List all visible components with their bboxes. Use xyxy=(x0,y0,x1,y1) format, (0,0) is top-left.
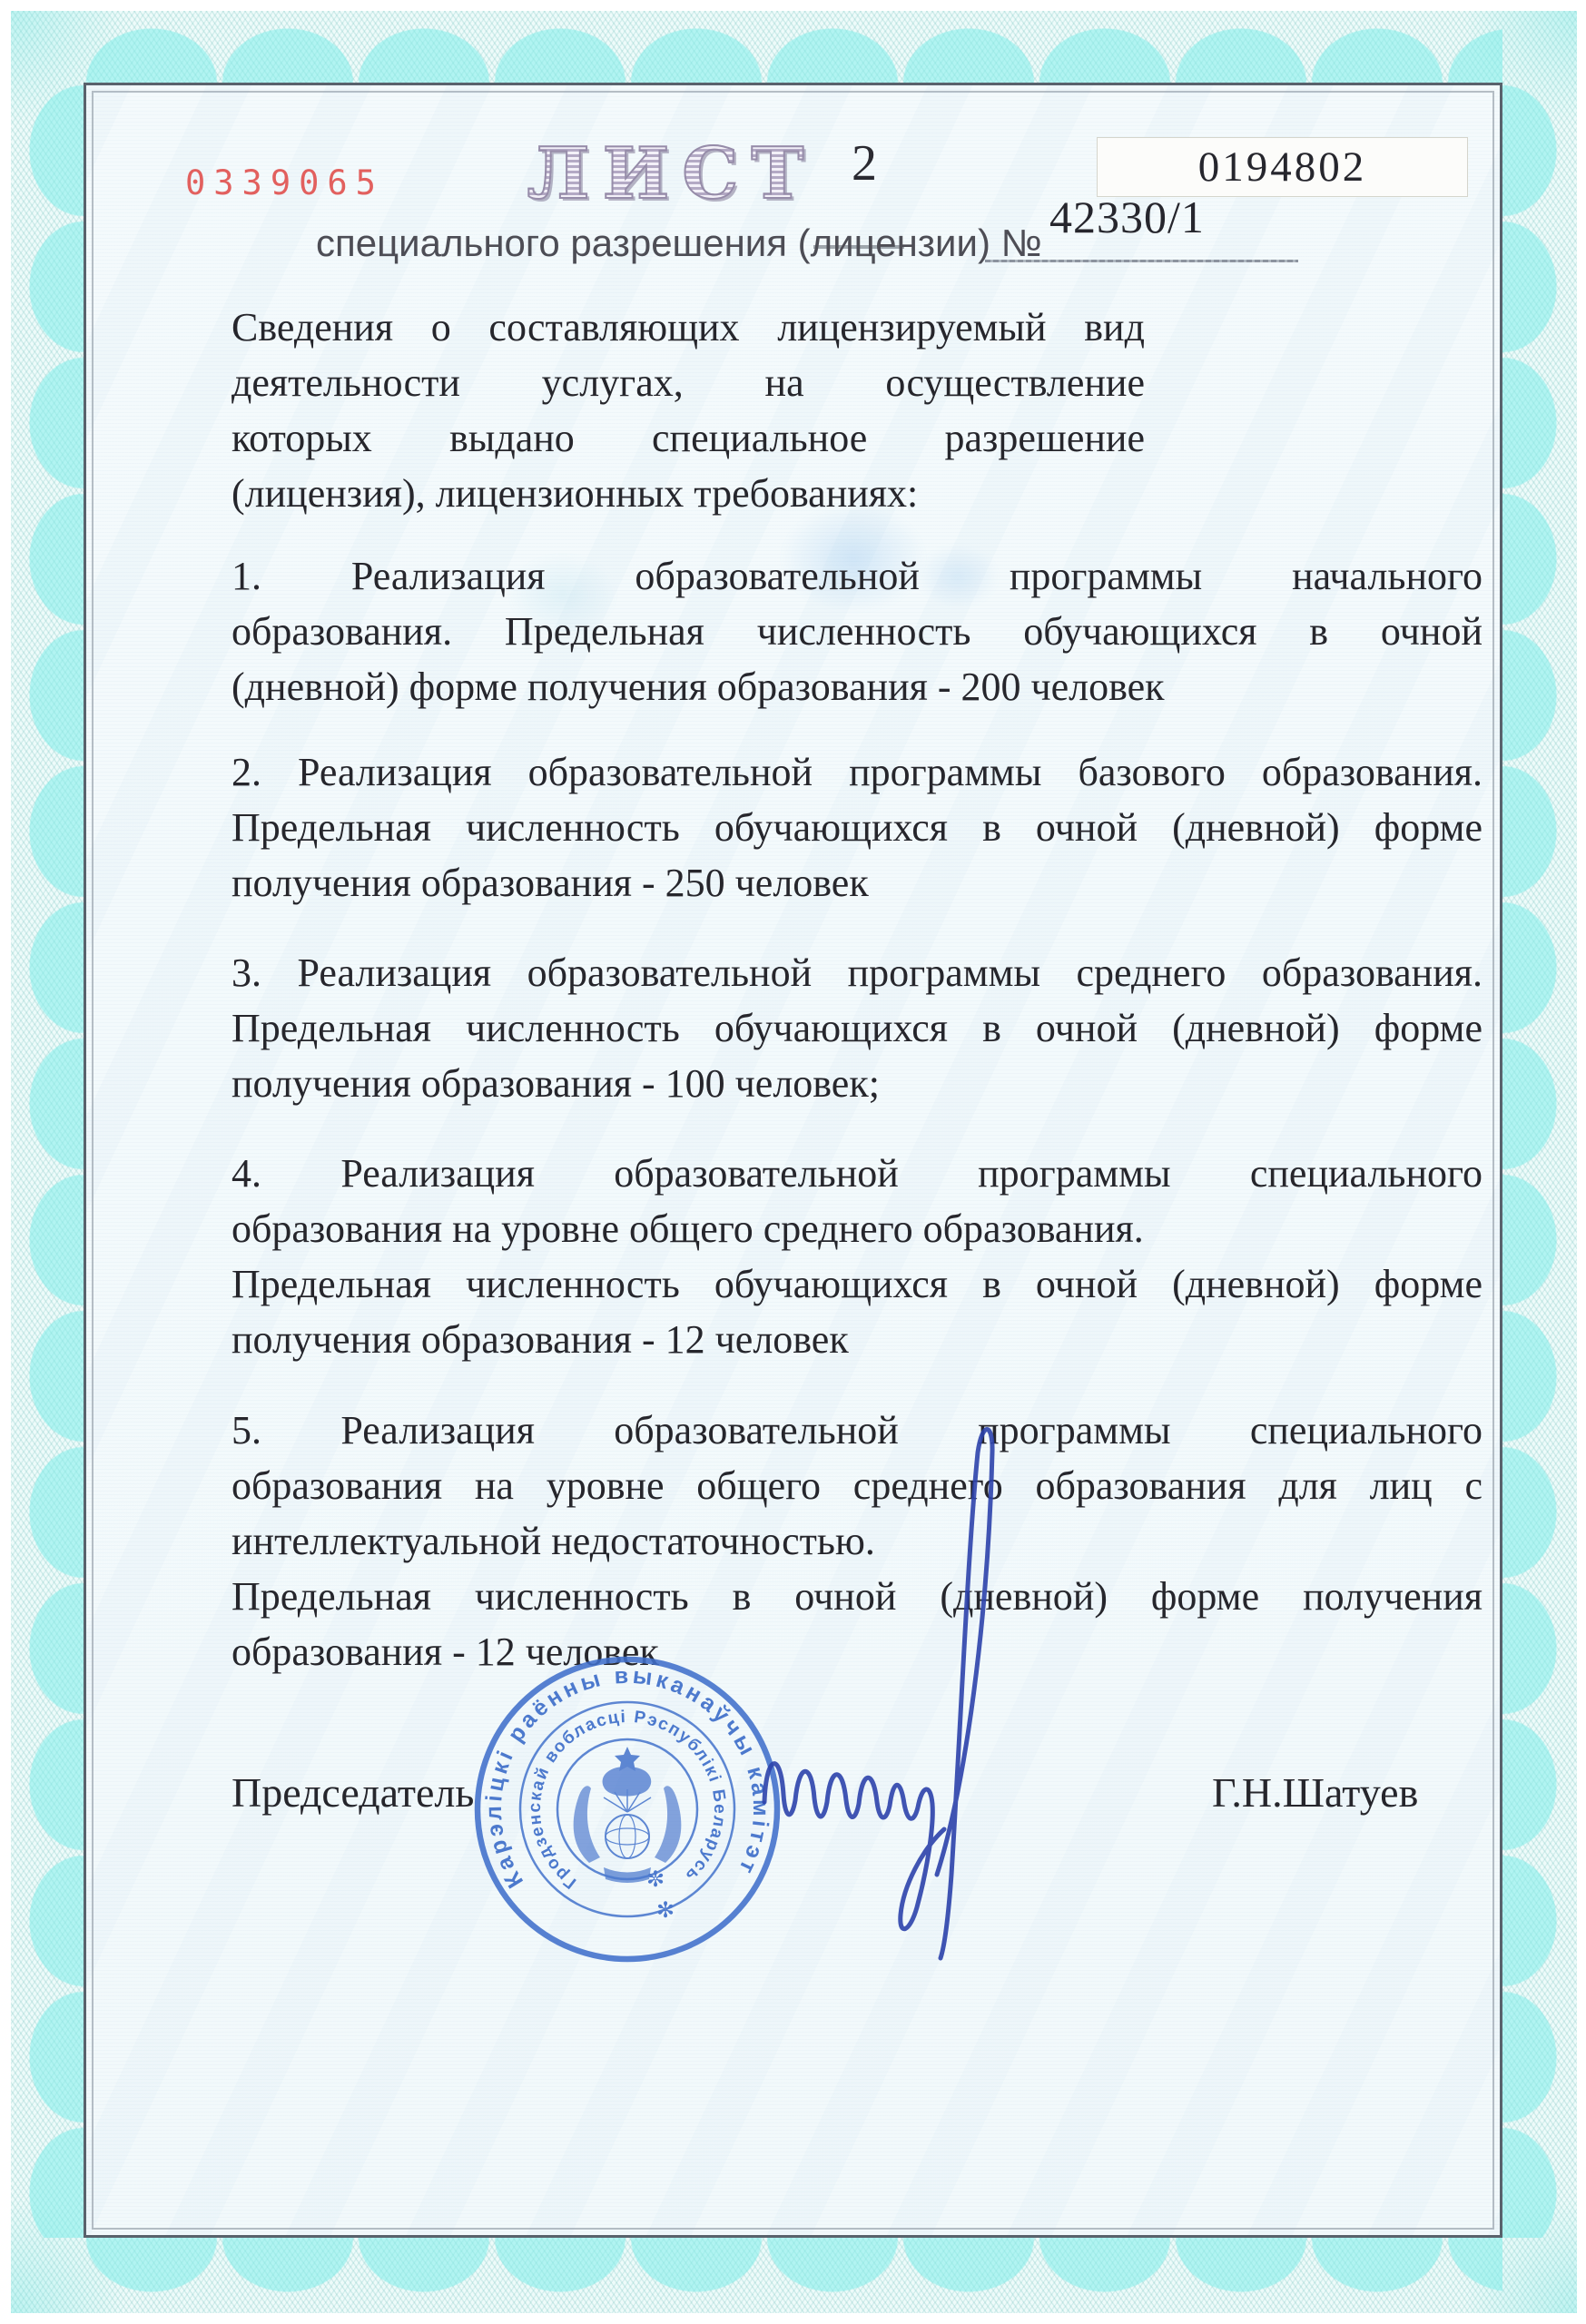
text-line: получения образования - 100 человек; xyxy=(231,1056,1483,1111)
text-line: Предельная численность обучающихся в очн… xyxy=(231,800,1483,855)
signature-scrawl xyxy=(764,1764,944,1929)
text-line: получения образования - 250 человек xyxy=(231,855,1483,911)
stamp-star-icon: ✼ xyxy=(656,1899,675,1923)
text-line: 3. Реализация образовательной программы … xyxy=(231,945,1483,1000)
intro-paragraph: Сведения о составляющих лицензируемый ви… xyxy=(231,300,1145,521)
text-line: деятельности услугах, на осуществление xyxy=(231,355,1145,410)
text-line: (лицензия), лицензионных требованиях: xyxy=(231,466,1145,521)
page-number: 2 xyxy=(824,134,904,192)
form-serial-number: 0339065 xyxy=(185,163,384,202)
blank-number-box: 0194802 xyxy=(1097,137,1468,197)
text-line: Предельная численность обучающихся в очн… xyxy=(231,1000,1483,1056)
text-line: получения образования - 12 человек xyxy=(231,1312,1483,1367)
text-line: (дневной) форме получения образования - … xyxy=(231,659,1483,714)
text-line: Сведения о составляющих лицензируемый ви… xyxy=(231,300,1145,355)
signature-flourish xyxy=(937,1429,992,1958)
text-line: которых выдано специальное разрешение xyxy=(231,410,1145,466)
license-number: 42330/1 xyxy=(1049,191,1205,243)
blank-number: 0194802 xyxy=(1198,143,1367,192)
license-item-4: 4. Реализация образовательной программы … xyxy=(231,1146,1483,1367)
text-line: 4. Реализация образовательной программы … xyxy=(231,1146,1483,1201)
license-item-1: 1. Реализация образовательной программы … xyxy=(231,548,1483,714)
text-line: образования на уровне общего среднего об… xyxy=(231,1201,1483,1256)
license-item-2: 2. Реализация образовательной программы … xyxy=(231,744,1483,911)
license-number-underline xyxy=(985,260,1298,262)
license-item-3: 3. Реализация образовательной программы … xyxy=(231,945,1483,1111)
text-line: образования. Предельная численность обуч… xyxy=(231,604,1483,659)
text-line: 1. Реализация образовательной программы … xyxy=(231,548,1483,604)
text-line: 2. Реализация образовательной программы … xyxy=(231,744,1483,800)
sheet-subtitle: специального разрешения (лицензии) № xyxy=(316,222,1042,265)
signature xyxy=(744,1403,1108,1984)
signer-name: Г.Н.Шатуев xyxy=(1212,1768,1418,1817)
signer-title: Председатель xyxy=(231,1768,474,1817)
license-sheet-page: 0339065 ЛИСТ ЛИСТ 2 0194802 42330/1 спец… xyxy=(0,0,1586,2324)
coat-of-arms-emblem xyxy=(574,1747,682,1883)
official-stamp: Карэліцкі раённы выканаўчы камітэт Гродз… xyxy=(470,1652,784,1966)
sheet-title: ЛИСТ xyxy=(490,133,853,215)
text-line: Предельная численность обучающихся в очн… xyxy=(231,1256,1483,1312)
